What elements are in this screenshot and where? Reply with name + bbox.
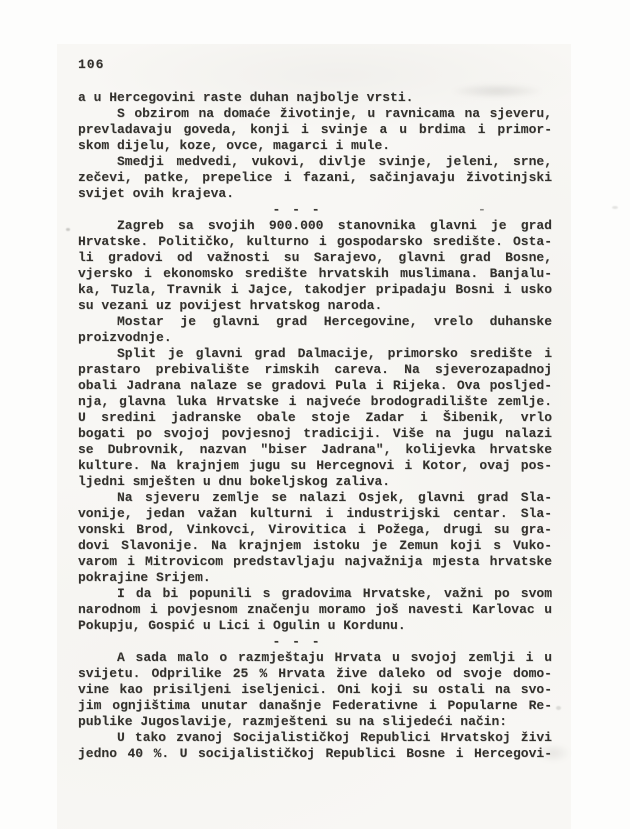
text-line: nja, glavna luka Hrvatske i najveće brod… [78,394,552,410]
text-line: U tako zvanoj Socijalističkoj Republici … [78,730,552,746]
scan-canvas: 106 a u Hercegovini raste duhan najbolje… [0,0,630,829]
section-divider: - - - [78,634,552,650]
text-line: vonije, jedan važan kulturni i industrij… [78,506,552,522]
paragraph: U tako zvanoj Socijalističkoj Republici … [78,730,552,762]
text-line: vjersko i ekonomsko središte hrvatskih m… [78,266,552,282]
text-line: zečevi, patke, prepelice i fazani, sačin… [78,170,552,186]
text-line: bogati po svojoj povjesnoj tradiciji. Vi… [78,426,552,442]
text-line: Smedji medvedi, vukovi, divlje svinje, j… [78,154,552,170]
text-line: Split je glavni grad Dalmacije, primorsk… [78,346,552,362]
page-number: 106 [78,57,104,73]
text-line: obali Jadrana nalaze se gradovi Pula i R… [78,378,552,394]
paragraph: S obzirom na domaće životinje, u ravnica… [78,106,552,154]
text-line: svijetu. Odprilike 25 % Hrvata žive dale… [78,666,552,682]
text-line: S obzirom na domaće životinje, u ravnica… [78,106,552,122]
text-line: Pokupju, Gospić u Lici i Ogulin u Kordun… [78,618,552,634]
text-line: A sada malo o razmještaju Hrvata u svojo… [78,650,552,666]
text-line: Hrvatske. Političko, kulturno i gospodar… [78,234,552,250]
paragraph: A sada malo o razmještaju Hrvata u svojo… [78,650,552,730]
text-line: I da bi popunili s gradovima Hrvatske, v… [78,586,552,602]
text-line: ka, Tuzla, Travnik i Jajce, takodjer pri… [78,282,552,298]
text-line: dovi Slavonije. Na krajnjem istoku je Ze… [78,538,552,554]
text-line: jim ognjištima unutar današnje Federativ… [78,698,552,714]
text-line: su vezani uz povijest hrvatskog naroda. [78,298,552,314]
text-line: jedno 40 %. U socijalističkoj Republici … [78,746,552,762]
text-line: U sredini jadranske obale stoje Zadar i … [78,410,552,426]
page-text: a u Hercegovini raste duhan najbolje vrs… [78,90,552,762]
text-line: ljedni smješten u dnu bokeljskog zaliva. [78,474,552,490]
text-line: publike Jugoslavije, razmješteni su na s… [78,714,552,730]
paragraph: Split je glavni grad Dalmacije, primorsk… [78,346,552,490]
text-line: prevladavaju goveda, konji i svinje a u … [78,122,552,138]
text-line: proizvodnje. [78,330,552,346]
paragraph: Na sjeveru zemlje se nalazi Osjek, glavn… [78,490,552,586]
text-line: vonski Brod, Vinkovci, Virovitica i Pože… [78,522,552,538]
scan-speck [612,206,618,209]
text-line: skom dijelu, koze, ovce, magarci i mule. [78,138,552,154]
text-line: se Dubrovnik, nazvan "biser Jadrana", ko… [78,442,552,458]
text-line: Na sjeveru zemlje se nalazi Osjek, glavn… [78,490,552,506]
paragraph: Mostar je glavni grad Hercegovine, vrelo… [78,314,552,346]
scanned-page: 106 a u Hercegovini raste duhan najbolje… [57,44,571,829]
text-line: a u Hercegovini raste duhan najbolje vrs… [78,90,552,106]
paragraph: a u Hercegovini raste duhan najbolje vrs… [78,90,552,106]
text-line: kulture. Na krajnjem jugu su Hercegnovi … [78,458,552,474]
text-line: vine kao prisiljeni iseljenici. Oni koji… [78,682,552,698]
text-line: narodnom i povjesnom značenju moramo još… [78,602,552,618]
text-line: Mostar je glavni grad Hercegovine, vrelo… [78,314,552,330]
paragraph: Zagreb sa svojih 900.000 stanovnika glav… [78,218,552,314]
text-line: svijet ovih krajeva. [78,186,552,202]
text-line: prastaro prebivalište rimskih careva. Na… [78,362,552,378]
text-line: pokrajine Srijem. [78,570,552,586]
text-line: li gradovi od važnosti su Sarajevo, glav… [78,250,552,266]
paragraph: Smedji medvedi, vukovi, divlje svinje, j… [78,154,552,202]
paragraph: I da bi popunili s gradovima Hrvatske, v… [78,586,552,634]
scan-artifact-dash: - [478,202,486,218]
text-line: Zagreb sa svojih 900.000 stanovnika glav… [78,218,552,234]
text-line: varom i Mitrovicom predstavljaju najvažn… [78,554,552,570]
